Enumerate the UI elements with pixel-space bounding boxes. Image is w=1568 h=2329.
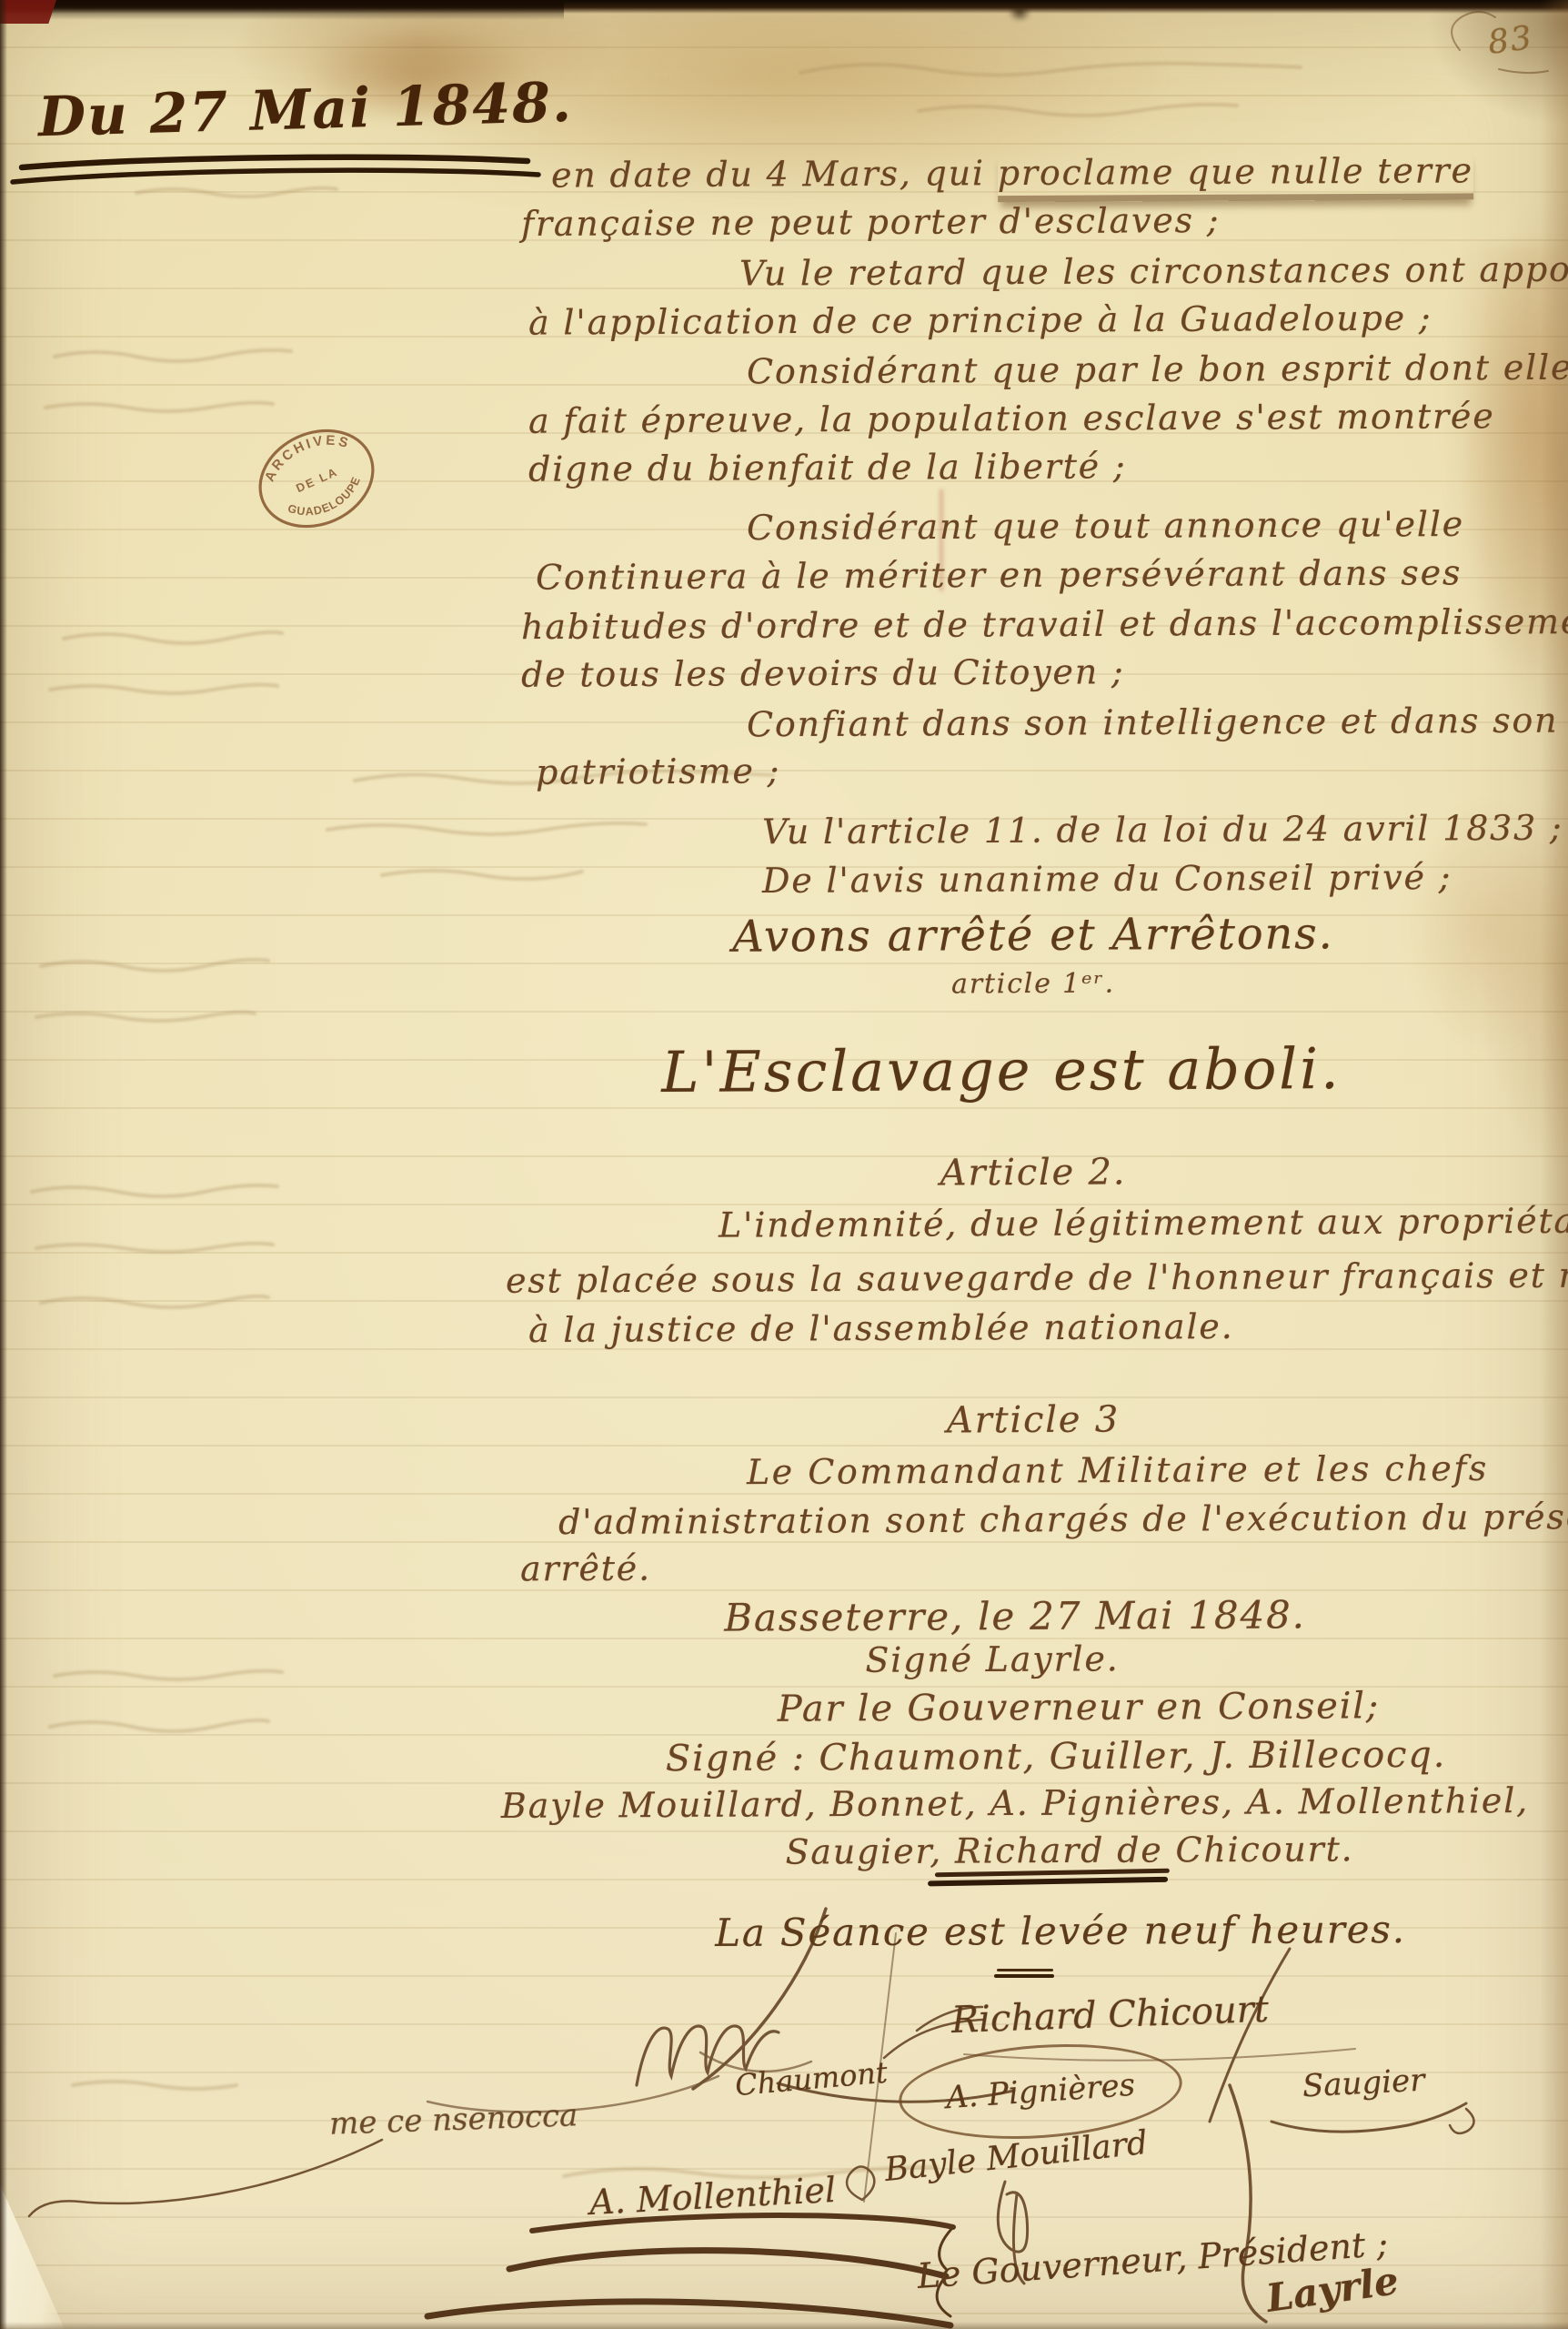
article1-label: article 1ᵉʳ. [473, 965, 1568, 1003]
page-top-edge-shadow [0, 0, 564, 20]
page-left-edge [0, 0, 7, 2329]
article2-label: Article 2. [473, 1149, 1568, 1196]
manuscript-line: L'indemnité, due légitimement aux propri… [719, 1200, 1568, 1245]
page-bottom-edge [0, 2322, 1568, 2329]
manuscript-line: De l'avis unanime du Conseil privé ; [762, 857, 1452, 901]
header-underline [5, 153, 569, 207]
header-date: Du 27 Mai 1848. [37, 71, 574, 149]
paper-tear [0, 2133, 111, 2329]
manuscript-line: Considérant que tout annonce qu'elle [747, 504, 1464, 548]
manuscript-line: Vu le retard que les circonstances ont a… [739, 248, 1568, 293]
session-close-line: La Séance est levée neuf heures. [500, 1906, 1568, 1956]
manuscript-line: digne du bienfait de la liberté ; [528, 446, 1127, 489]
manuscript-line: arrêté. [520, 1548, 651, 1589]
manuscript-line: est placée sous la sauvegarde de l'honne… [506, 1254, 1568, 1301]
signature-richard-chicourt: Richard Chicourt [950, 1989, 1269, 2042]
manuscript-page: 83 Du 27 Mai 1848. ARCHIVES DE LA GUADEL… [0, 0, 1568, 2329]
signatories-line: Signé : Chaumont, Guiller, J. Billecocq. [496, 1733, 1568, 1780]
signature-illegible-left: me ce nsenocca [328, 2097, 578, 2142]
archives-stamp: ARCHIVES DE LA GUADELOUPE [236, 405, 396, 553]
stamp-text-middle: DE LA [294, 465, 340, 496]
manuscript-line: a fait épreuve, la population esclave s'… [528, 396, 1495, 441]
signature-chaumont: Chaumont [734, 2055, 890, 2102]
manuscript-line: Considérant que par le bon esprit dont e… [747, 348, 1568, 392]
manuscript-line: française ne peut porter d'esclaves ; [521, 200, 1221, 244]
manuscript-line: Le Commandant Militaire et les chefs [747, 1448, 1489, 1492]
section-divider [935, 1869, 1170, 1887]
manuscript-line: Confiant dans son intelligence et dans s… [747, 701, 1559, 745]
place-date-line: Basseterre, le 27 Mai 1848. [455, 1591, 1568, 1641]
binding-corner-label [0, 0, 56, 24]
signatories-line: Bayle Mouillard, Bonnet, A. Pignières, A… [455, 1780, 1568, 1826]
proclamation-line: Avons arrêté et Arrêtons. [473, 907, 1568, 963]
small-divider [997, 1969, 1053, 1978]
line-text: en date du 4 Mars, qui [551, 153, 998, 196]
manuscript-line: habitudes d'ordre et de travail et dans … [521, 601, 1568, 647]
manuscript-line: patriotisme ; [536, 751, 780, 791]
underlined-text: proclame que nulle terre [998, 150, 1473, 202]
signatories-line: Saugier, Richard de Chicourt. [509, 1828, 1568, 1873]
council-line: Par le Gouverneur en Conseil; [518, 1684, 1568, 1731]
page-number: 83 [1486, 19, 1535, 62]
manuscript-line: d'administration sont chargés de l'exécu… [558, 1497, 1568, 1542]
manuscript-line: de tous les devoirs du Citoyen ; [521, 651, 1125, 694]
article1-text: L'Esclavage est aboli. [441, 1034, 1562, 1106]
signed-line: Signé Layrle. [432, 1637, 1553, 1682]
manuscript-line: Continuera à le mériter en persévérant d… [536, 552, 1462, 597]
signature-pignieres: A. Pignières [945, 2067, 1137, 2116]
signature-saugier: Saugier [1302, 2062, 1425, 2105]
manuscript-line: en date du 4 Mars, qui proclame que null… [551, 150, 1473, 195]
manuscript-line: à l'application de ce principe à la Guad… [528, 297, 1432, 342]
manuscript-line: à la justice de l'assemblée nationale. [528, 1306, 1234, 1350]
manuscript-line: Vu l'article 11. de la loi du 24 avril 1… [762, 808, 1563, 852]
signature-mollenthiel: A. Mollenthiel [588, 2170, 837, 2223]
article3-label: Article 3 [473, 1396, 1568, 1444]
